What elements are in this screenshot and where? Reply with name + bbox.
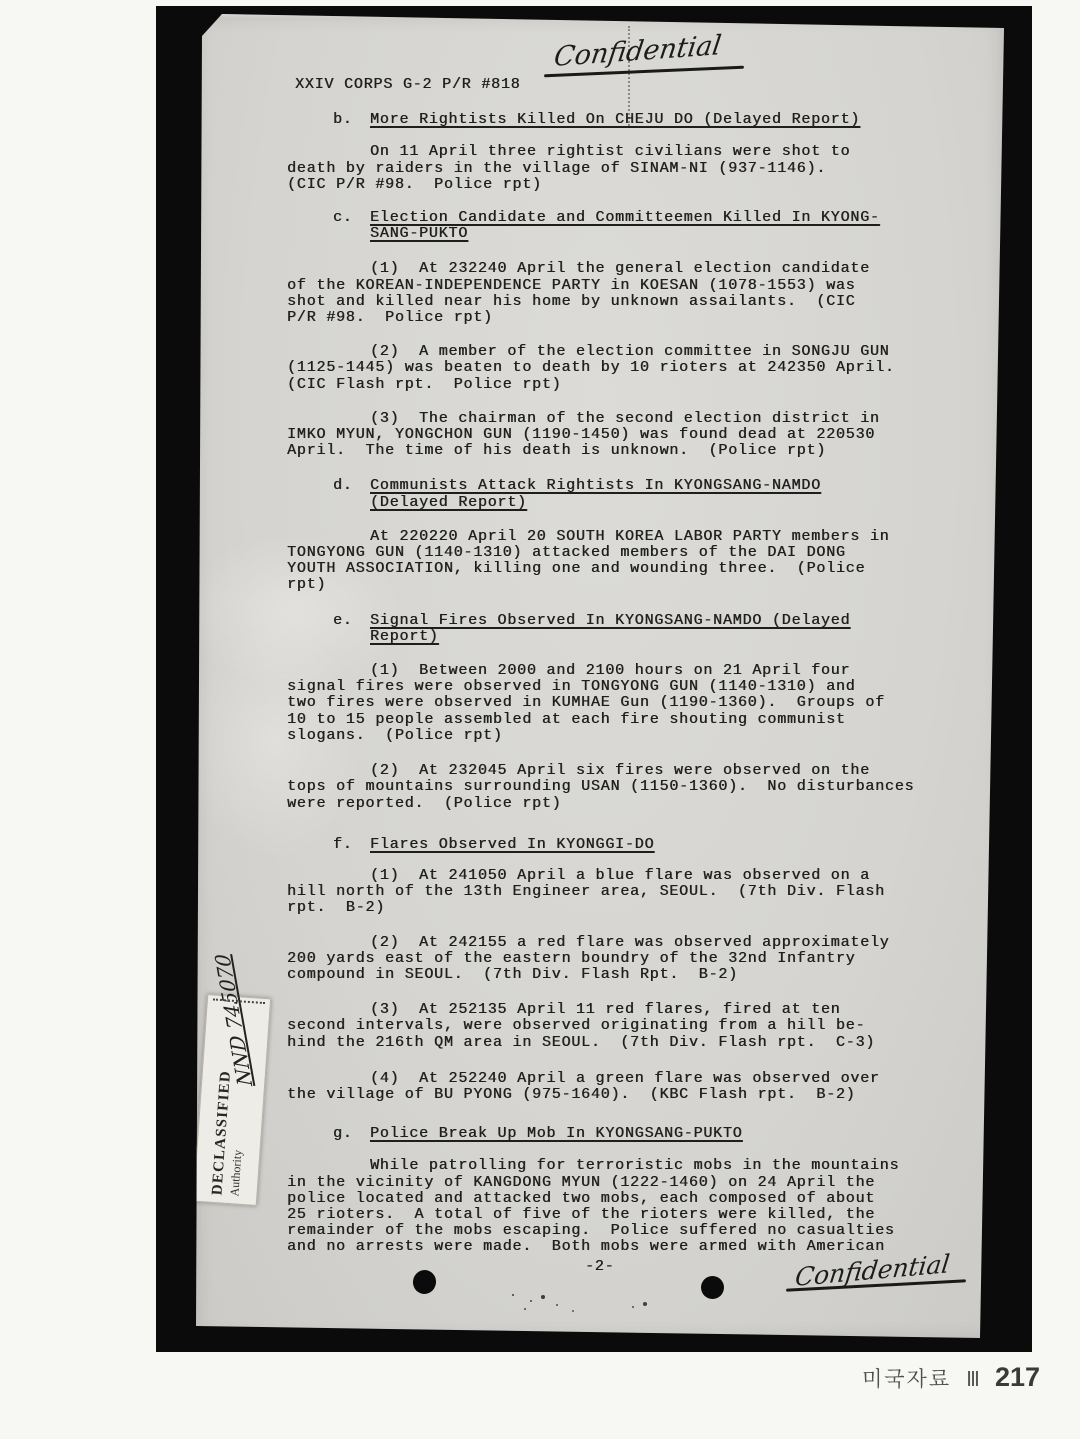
footer-volume-numeral: Ⅲ	[966, 1367, 980, 1392]
section-c-letter: c.	[333, 210, 353, 226]
section-b-heading: b. More Rightists Killed On CHEJU DO (De…	[370, 112, 947, 128]
section-c-paragraph-1: (1) At 232240 April the general election…	[287, 261, 947, 326]
section-e-letter: e.	[333, 613, 353, 629]
section-b-letter: b.	[333, 112, 353, 128]
section-d: d. Communists Attack Rightists In KYONGS…	[287, 478, 947, 593]
section-g-heading-line: Police Break Up Mob In KYONGSANG-PUKTO	[370, 1126, 742, 1142]
section-b-paragraph: On 11 April three rightist civilians wer…	[287, 144, 947, 193]
section-b-heading-line: More Rightists Killed On CHEJU DO (Delay…	[370, 112, 860, 128]
declassified-stamp: DECLASSIFIED Authority NND 745070	[193, 994, 271, 1206]
footer-caption-korean: 미국자료	[862, 1363, 951, 1393]
section-d-letter: d.	[333, 478, 353, 494]
section-b: b. More Rightists Killed On CHEJU DO (De…	[287, 112, 947, 193]
section-f-heading-line: Flares Observed In KYONGGI-DO	[370, 837, 654, 853]
section-f-paragraph-3: (3) At 252135 April 11 red flares, fired…	[287, 1002, 947, 1051]
section-c-heading-line-2: SANG-PUKTO	[370, 226, 468, 242]
section-c: c. Election Candidate and Committeemen K…	[287, 210, 947, 459]
section-f-heading: f. Flares Observed In KYONGGI-DO	[370, 837, 947, 853]
section-f-paragraph-1: (1) At 241050 April a blue flare was obs…	[287, 868, 947, 917]
section-g: g. Police Break Up Mob In KYONGSANG-PUKT…	[287, 1126, 947, 1255]
scanner-background: Confidential XXIV CORPS G-2 P/R #818 b. …	[156, 6, 1032, 1352]
section-g-paragraph: While patrolling for terroristic mobs in…	[287, 1158, 947, 1255]
section-e-paragraph-1: (1) Between 2000 and 2100 hours on 21 Ap…	[287, 663, 947, 744]
section-c-paragraph-3: (3) The chairman of the second election …	[287, 411, 947, 460]
section-f-letter: f.	[333, 837, 353, 853]
paper-page: Confidential XXIV CORPS G-2 P/R #818 b. …	[192, 12, 1006, 1342]
section-c-heading: c. Election Candidate and Committeemen K…	[370, 210, 947, 242]
section-g-letter: g.	[333, 1126, 353, 1142]
section-e-heading-line-2: Report)	[370, 629, 439, 645]
declassified-stamp-text: DECLASSIFIED Authority	[208, 1070, 250, 1204]
section-d-heading: d. Communists Attack Rightists In KYONGS…	[370, 478, 947, 510]
smudge-specks	[512, 1294, 514, 1296]
section-e-heading-line-1: Signal Fires Observed In KYONGSANG-NAMDO…	[370, 613, 850, 629]
section-f: f. Flares Observed In KYONGGI-DO (1) At …	[287, 837, 947, 1103]
footer-page-number: 217	[995, 1362, 1040, 1393]
section-c-paragraph-2: (2) A member of the election committee i…	[287, 344, 947, 393]
section-f-paragraph-4: (4) At 252240 April a green flare was ob…	[287, 1071, 947, 1103]
handwritten-confidential-top: Confidential	[552, 30, 723, 73]
section-d-paragraph: At 220220 April 20 SOUTH KOREA LABOR PAR…	[287, 529, 947, 594]
book-footer-caption: 미국자료 Ⅲ 217	[862, 1362, 1040, 1393]
section-d-heading-line-2: (Delayed Report)	[370, 495, 527, 511]
report-header: XXIV CORPS G-2 P/R #818	[295, 77, 947, 93]
section-g-heading: g. Police Break Up Mob In KYONGSANG-PUKT…	[370, 1126, 947, 1142]
section-e: e. Signal Fires Observed In KYONGSANG-NA…	[287, 613, 947, 812]
section-d-heading-line-1: Communists Attack Rightists In KYONGSANG…	[370, 478, 821, 494]
screenshot-root: Confidential XXIV CORPS G-2 P/R #818 b. …	[0, 0, 1080, 1439]
section-c-heading-line-1: Election Candidate and Committeemen Kill…	[370, 210, 880, 226]
section-e-heading: e. Signal Fires Observed In KYONGSANG-NA…	[370, 613, 947, 645]
section-f-paragraph-2: (2) At 242155 a red flare was observed a…	[287, 935, 947, 984]
section-e-paragraph-2: (2) At 232045 April six fires were obser…	[287, 763, 947, 812]
authority-number-handwritten: NND 745070	[210, 954, 258, 1086]
punch-hole-right	[701, 1276, 724, 1299]
typed-document-body: XXIV CORPS G-2 P/R #818 b. More Rightist…	[287, 77, 947, 1275]
